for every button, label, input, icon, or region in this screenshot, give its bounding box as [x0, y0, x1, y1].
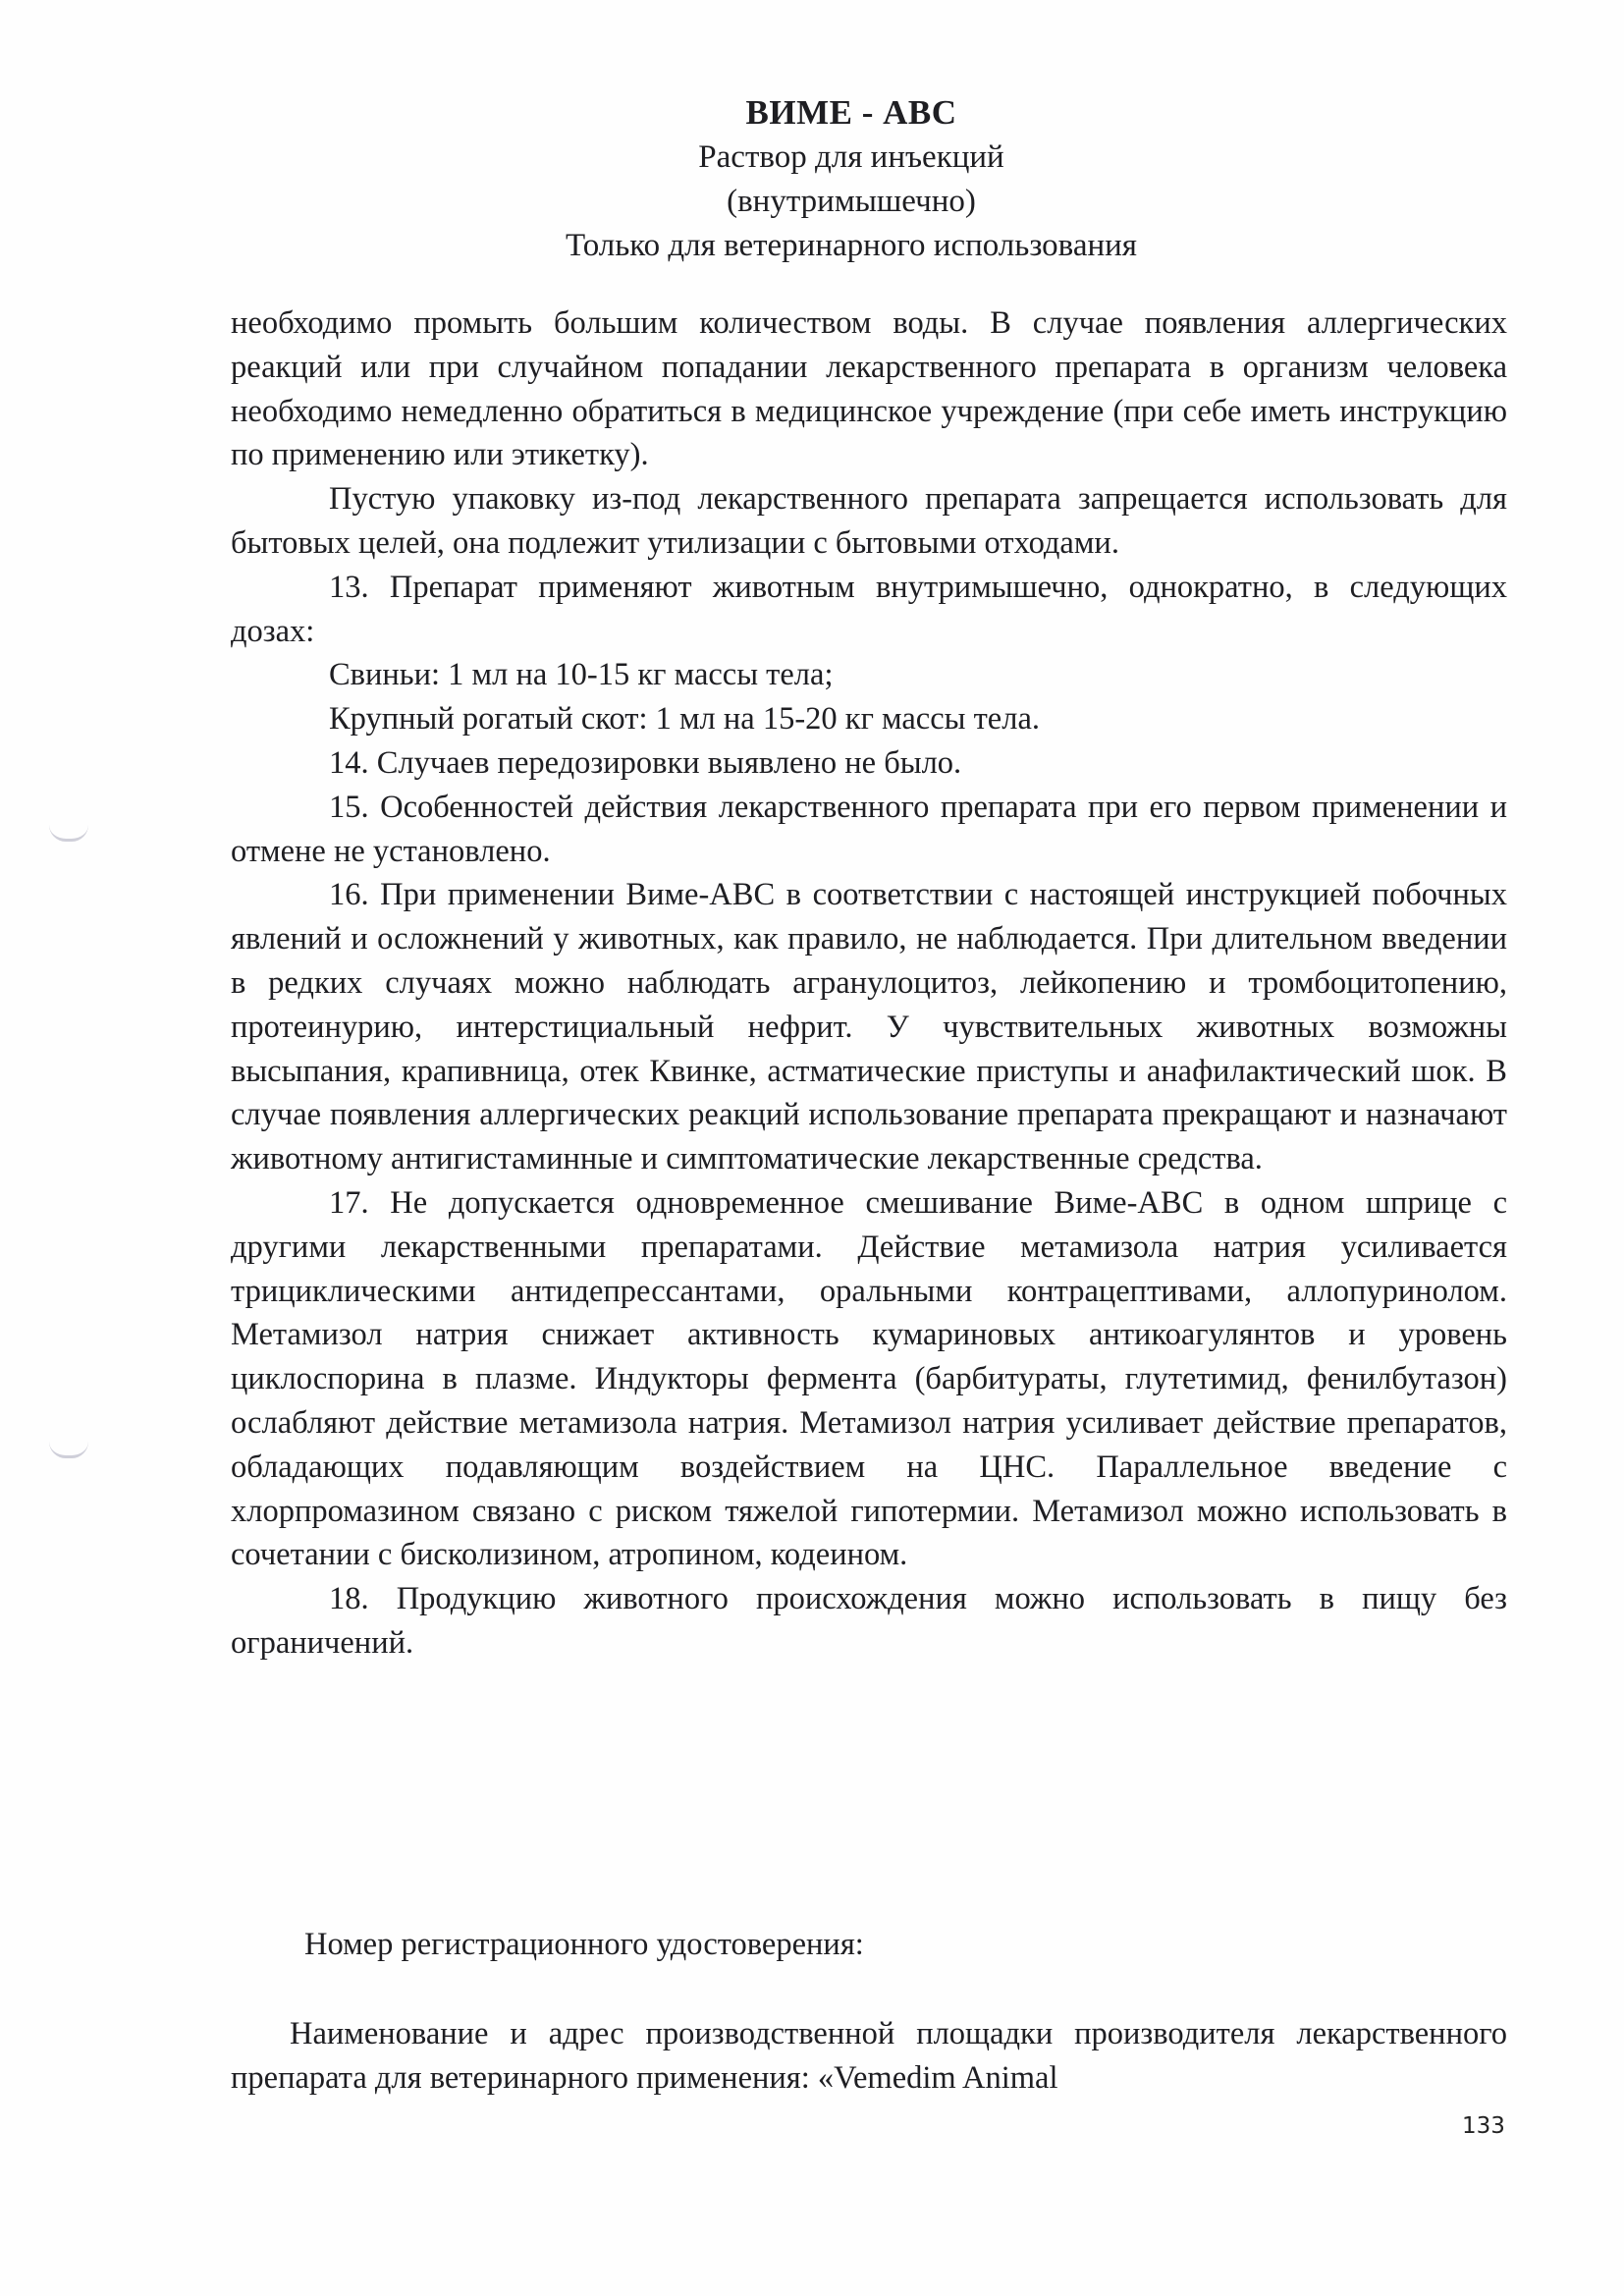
paragraph-13-dosage: 13. Препарат применяют животным внутримы…: [231, 566, 1507, 654]
hole-punch-mark: [49, 825, 88, 842]
paragraph-safety-continued: необходимо промыть большим количеством в…: [231, 301, 1507, 477]
document-page: ВИМЕ - АВС Раствор для инъекций (внутрим…: [0, 0, 1624, 2296]
dosage-form: Раствор для инъекций: [39, 136, 1624, 180]
instructions-body: необходимо промыть большим количеством в…: [231, 301, 1507, 1666]
product-title: ВИМЕ - АВС: [39, 90, 1624, 136]
manufacturer-info: Наименование и адрес производственной пл…: [231, 2012, 1507, 2101]
registration-number-label: Номер регистрационного удостоверения:: [304, 1923, 864, 1967]
dosage-cattle: Крупный рогатый скот: 1 мл на 15-20 кг м…: [231, 697, 1507, 741]
paragraph-15-first-use: 15. Особенностей действия лекарственного…: [231, 786, 1507, 874]
hole-punch-mark: [49, 1442, 88, 1458]
paragraph-18-animal-products: 18. Продукцию животного происхождения мо…: [231, 1577, 1507, 1666]
dosage-pigs: Свиньи: 1 мл на 10-15 кг массы тела;: [231, 653, 1507, 697]
paragraph-17-interactions: 17. Не допускается одновременное смешива…: [231, 1181, 1507, 1577]
paragraph-16-side-effects: 16. При применении Виме-АВС в соответств…: [231, 873, 1507, 1181]
usage-restriction: Только для ветеринарного использования: [39, 224, 1624, 268]
paragraph-packaging-disposal: Пустую упаковку из-под лекарственного пр…: [231, 477, 1507, 566]
administration-route: (внутримышечно): [39, 180, 1624, 224]
page-number: 133: [1462, 2113, 1505, 2139]
document-header: ВИМЕ - АВС Раствор для инъекций (внутрим…: [39, 90, 1624, 268]
paragraph-14-overdose: 14. Случаев передозировки выявлено не бы…: [231, 741, 1507, 786]
